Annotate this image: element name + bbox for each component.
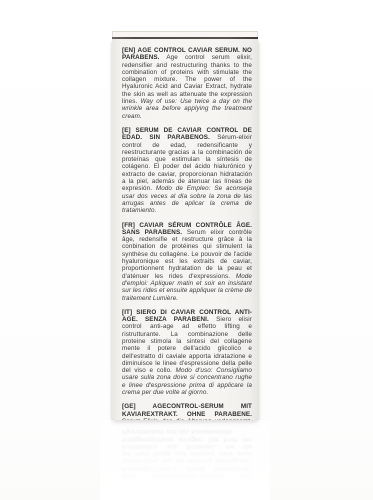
reflection-de-body: Serum-Elixir, das die Alterung verlangsa… xyxy=(122,428,252,464)
reflection-text: [GE] AGECONTROL-SERUM MIT KAVIAREXTRAKT.… xyxy=(122,428,252,479)
box-reflection: [GE] AGECONTROL-SERUM MIT KAVIAREXTRAKT.… xyxy=(112,421,258,479)
section-fr: [FR] CAVIAR SÉRUM CONTRÔLE ÂGE. SANS PAR… xyxy=(122,222,252,302)
section-en-usage: Way of use: Use twice a day on the wrink… xyxy=(122,98,252,120)
product-box: [EN] AGE CONTROL CAVIAR SERUM. NO PARABE… xyxy=(112,31,258,420)
product-photo: [EN] AGE CONTROL CAVIAR SERUM. NO PARABE… xyxy=(0,0,373,500)
section-it-body: Siero elisir control anti-age ad effetto… xyxy=(122,316,252,374)
section-es-body: Sérum-elixir control de edad, redensific… xyxy=(122,134,252,192)
reflection-de-heading: [GE] AGECONTROL-SERUM MIT KAVIAREXTRAKT.… xyxy=(122,465,252,479)
section-de-heading: [GE] AGECONTROL-SERUM MIT KAVIAREXTRAKT.… xyxy=(122,403,252,417)
section-en: [EN] AGE CONTROL CAVIAR SERUM. NO PARABE… xyxy=(122,47,252,120)
section-de-body: Serum-Elixir, das die Alterung verlangsa… xyxy=(122,418,252,420)
section-es: [E] SERUM DE CAVIAR CONTROL DE EDAD. SIN… xyxy=(122,127,252,215)
section-it: [IT] SIERO DI CAVIAR CONTROL ANTI-AGE. S… xyxy=(122,309,252,397)
multilingual-text-block: [EN] AGE CONTROL CAVIAR SERUM. NO PARABE… xyxy=(112,39,258,420)
section-fr-body: Serum elixir contrôle âge, redensifie et… xyxy=(122,229,252,280)
section-de: [GE] AGECONTROL-SERUM MIT KAVIAREXTRAKT.… xyxy=(122,403,252,420)
box-back-panel: [EN] AGE CONTROL CAVIAR SERUM. NO PARABE… xyxy=(112,39,258,420)
